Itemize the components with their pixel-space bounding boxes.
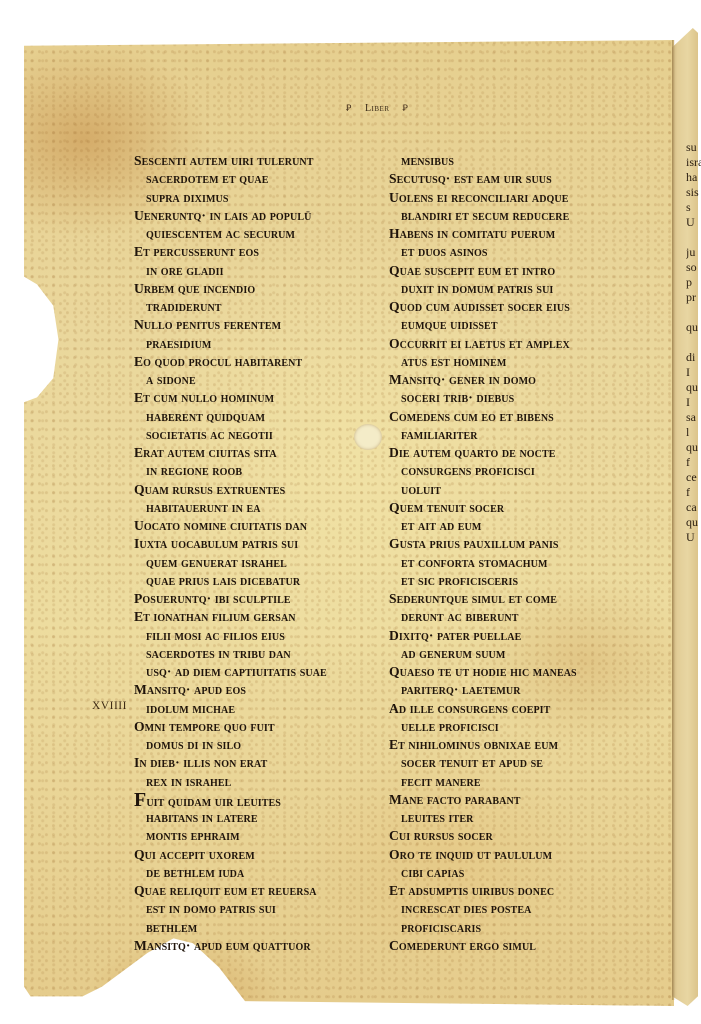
text-line: societatis ac negotii [134, 426, 374, 444]
text-line: filii mosi ac filios eius [134, 627, 374, 645]
text-line: et ait ad eum [389, 517, 639, 535]
text-line: quiescentem ac securum [134, 225, 374, 243]
adjacent-text-fragment: l [686, 425, 701, 440]
marginal-chapter-number: XVIIII [92, 700, 127, 712]
text-line: habitauerunt in ea [134, 499, 374, 517]
text-line: Erat autem ciuitas sita [134, 444, 374, 462]
text-line: supra diximus [134, 189, 374, 207]
text-line: Oro te inquid ut paululum [389, 846, 639, 864]
text-line: consurgens proficisci [389, 462, 639, 480]
text-line: Ueneruntq· in lais ad populū [134, 207, 374, 225]
text-line: Sescenti autem uiri tulerunt [134, 152, 374, 170]
text-line: quem genuerat israhel [134, 554, 374, 572]
text-line: idolum michae [134, 700, 374, 718]
text-line: blandiri et secum reducere [389, 207, 639, 225]
adjacent-text-fragment: f [686, 455, 701, 470]
text-line: cibi capias [389, 864, 639, 882]
text-line: eumque uidisset [389, 316, 639, 334]
adjacent-text-fragment: ju [686, 245, 701, 260]
adjacent-text-fragment: I [686, 395, 701, 410]
text-line: Eo quod procul habitarent [134, 353, 374, 371]
text-line: Dixitq· pater puellae [389, 627, 639, 645]
adjacent-text-fragment: sis [686, 185, 701, 200]
text-line: Occurrit ei laetus et amplex [389, 335, 639, 353]
text-line: montis ephraim [134, 827, 374, 845]
text-line: Et ionathan filium gersan [134, 608, 374, 626]
left-text-column: Sescenti autem uiri tuleruntsacerdotem e… [134, 152, 374, 955]
adjacent-text-fragment: di [686, 350, 701, 365]
adjacent-text-fragment: pr [686, 290, 701, 305]
text-line: Quod cum audisset socer eius [389, 298, 639, 316]
adjacent-text-fragment: qu [686, 380, 701, 395]
text-line: uelle proficisci [389, 718, 639, 736]
text-line: sacerdotes in tribu dan [134, 645, 374, 663]
running-head-left-mark: ꝑ [346, 99, 352, 114]
text-line: praesidium [134, 335, 374, 353]
text-line: pariterq· laetemur [389, 681, 639, 699]
text-line: Gusta prius pauxillum panis [389, 535, 639, 553]
adjacent-text-fragment [686, 335, 701, 350]
text-line: Nullo penitus ferentem [134, 316, 374, 334]
adjacent-text-fragment: isra [686, 155, 701, 170]
text-line: rex in israhel [134, 773, 374, 791]
text-line: Omni tempore quo fuit [134, 718, 374, 736]
text-line: In dieb· illis non erat [134, 754, 374, 772]
text-line: Habens in comitatu puerum [389, 225, 639, 243]
text-line: et sic proficisceris [389, 572, 639, 590]
text-line: uoluit [389, 481, 639, 499]
adjacent-text-fragment: s [686, 200, 701, 215]
text-line: bethlem [134, 919, 374, 937]
text-line: Qui accepit uxorem [134, 846, 374, 864]
adjacent-folio-text: suisrahasissU jusoppr qu diIquIsalqufcef… [686, 140, 701, 545]
adjacent-text-fragment: ca [686, 500, 701, 515]
text-line: a sidone [134, 371, 374, 389]
text-line: haberent quidquam [134, 408, 374, 426]
text-line: Urbem que incendio [134, 280, 374, 298]
adjacent-text-fragment: f [686, 485, 701, 500]
text-line: sacerdotem et quae [134, 170, 374, 188]
text-line: proficiscaris [389, 919, 639, 937]
text-line: Et percusserunt eos [134, 243, 374, 261]
text-line: in ore gladii [134, 262, 374, 280]
right-text-column: mensibusSecutusq· est eam uir suusUolens… [389, 152, 639, 955]
text-line: Uocato nomine ciuitatis dan [134, 517, 374, 535]
text-line: Secutusq· est eam uir suus [389, 170, 639, 188]
text-line: Cui rursus socer [389, 827, 639, 845]
text-line: Et cum nullo hominum [134, 389, 374, 407]
text-line: mensibus [389, 152, 639, 170]
text-line: Sederuntque simul et come [389, 590, 639, 608]
adjacent-text-fragment: qu [686, 320, 701, 335]
text-line: Quae suscepit eum et intro [389, 262, 639, 280]
adjacent-text-fragment: qu [686, 440, 701, 455]
text-line: tradiderunt [134, 298, 374, 316]
text-line: leuites iter [389, 809, 639, 827]
text-line: Die autem quarto de nocte [389, 444, 639, 462]
running-head-title: Liber [365, 103, 390, 114]
text-line: atus est hominem [389, 353, 639, 371]
text-line: quae prius lais dicebatur [134, 572, 374, 590]
running-head: ꝑ Liber ꝑ [336, 99, 418, 115]
text-line: domus di in silo [134, 736, 374, 754]
adjacent-text-fragment: ce [686, 470, 701, 485]
adjacent-text-fragment: ha [686, 170, 701, 185]
text-line: Mansitq· apud eum quattuor [134, 937, 374, 955]
text-line: increscat dies postea [389, 900, 639, 918]
text-line: fecit manere [389, 773, 639, 791]
running-head-right-mark: ꝑ [403, 99, 409, 114]
text-line: Posueruntq· ibi sculptile [134, 590, 374, 608]
text-line: Uolens ei reconciliari adque [389, 189, 639, 207]
adjacent-text-fragment: I [686, 365, 701, 380]
adjacent-text-fragment: qu [686, 515, 701, 530]
text-line: duxit in domum patris sui [389, 280, 639, 298]
adjacent-text-fragment: U [686, 215, 701, 230]
text-line: soceri trib· diebus [389, 389, 639, 407]
gutter-shadow [672, 40, 675, 1000]
text-line: Mane facto parabant [389, 791, 639, 809]
text-line: Mansitq· apud eos [134, 681, 374, 699]
adjacent-text-fragment [686, 305, 701, 320]
text-line: Ad ille consurgens coepit [389, 700, 639, 718]
text-line: Quaeso te ut hodie hic maneas [389, 663, 639, 681]
adjacent-text-fragment: U [686, 530, 701, 545]
text-line: Et nihilominus obnixae eum [389, 736, 639, 754]
text-line: et duos asinos [389, 243, 639, 261]
text-line: derunt ac biberunt [389, 608, 639, 626]
text-line: de bethlem iuda [134, 864, 374, 882]
text-line: et conforta stomachum [389, 554, 639, 572]
adjacent-text-fragment: su [686, 140, 701, 155]
text-line: usq· ad diem captiuitatis suae [134, 663, 374, 681]
text-line: Quem tenuit socer [389, 499, 639, 517]
adjacent-text-fragment: sa [686, 410, 701, 425]
adjacent-text-fragment: so [686, 260, 701, 275]
text-line: Fuit quidam uir leuites [134, 791, 374, 809]
text-line: Mansitq· gener in domo [389, 371, 639, 389]
text-line: est in domo patris sui [134, 900, 374, 918]
text-line: in regione roob [134, 462, 374, 480]
adjacent-text-fragment [686, 230, 701, 245]
text-line: socer tenuit et apud se [389, 754, 639, 772]
text-line: Quae reliquit eum et reuersa [134, 882, 374, 900]
text-line: habitans in latere [134, 809, 374, 827]
text-line: Comederunt ergo simul [389, 937, 639, 955]
text-line: Et adsumptis uiribus donec [389, 882, 639, 900]
text-line: ad generum suum [389, 645, 639, 663]
text-line: Comedens cum eo et bibens [389, 408, 639, 426]
adjacent-text-fragment: p [686, 275, 701, 290]
text-line: Quam rursus extruentes [134, 481, 374, 499]
text-line: familiariter [389, 426, 639, 444]
text-line: Iuxta uocabulum patris sui [134, 535, 374, 553]
